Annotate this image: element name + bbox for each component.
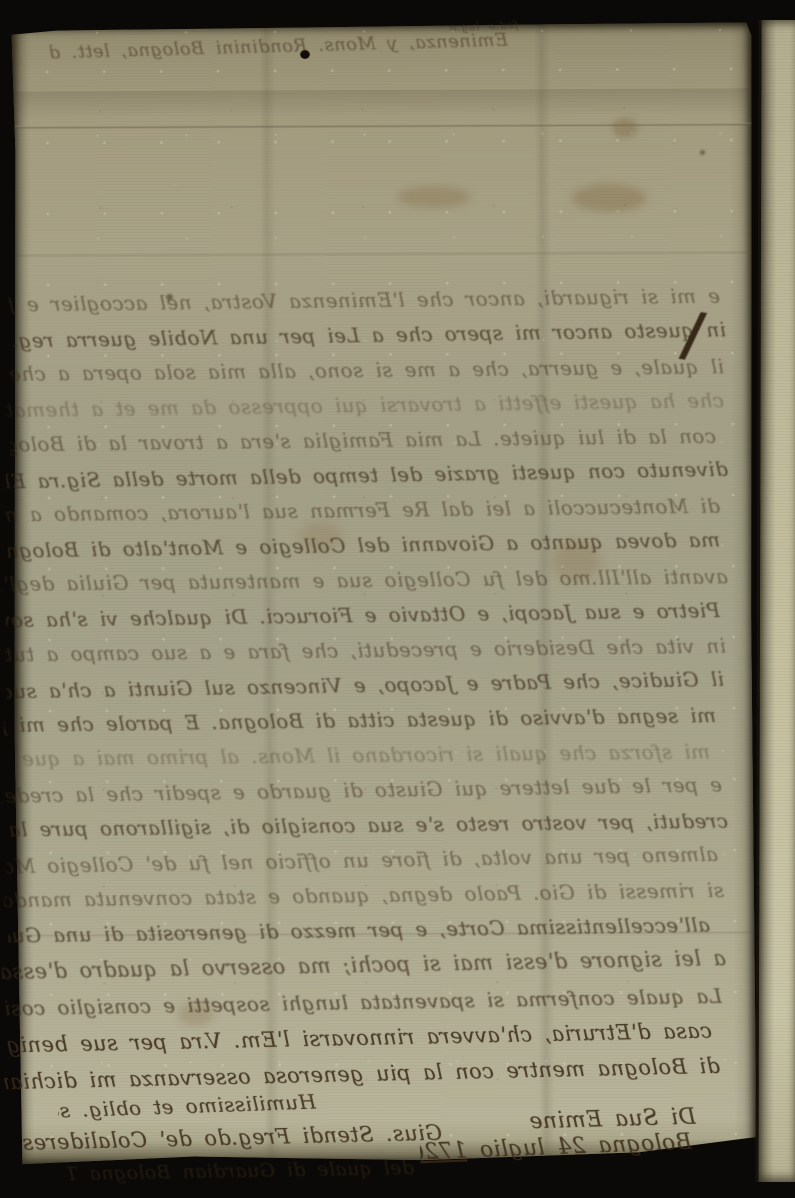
- adjacent-page-edge: [755, 20, 795, 1182]
- docket-note: fed.o lug.o: [440, 19, 518, 35]
- fold-crease-horizontal-upper: [13, 250, 753, 257]
- fold-crease-horizontal-top: [12, 122, 752, 129]
- fold-shading: [12, 88, 752, 129]
- signature-line-2: del quale di Guardian Bologna Trag.: [66, 1157, 414, 1186]
- scanned-letter-page: / Eminenza, y Mons. Rondinini Bologna, l…: [0, 0, 795, 1198]
